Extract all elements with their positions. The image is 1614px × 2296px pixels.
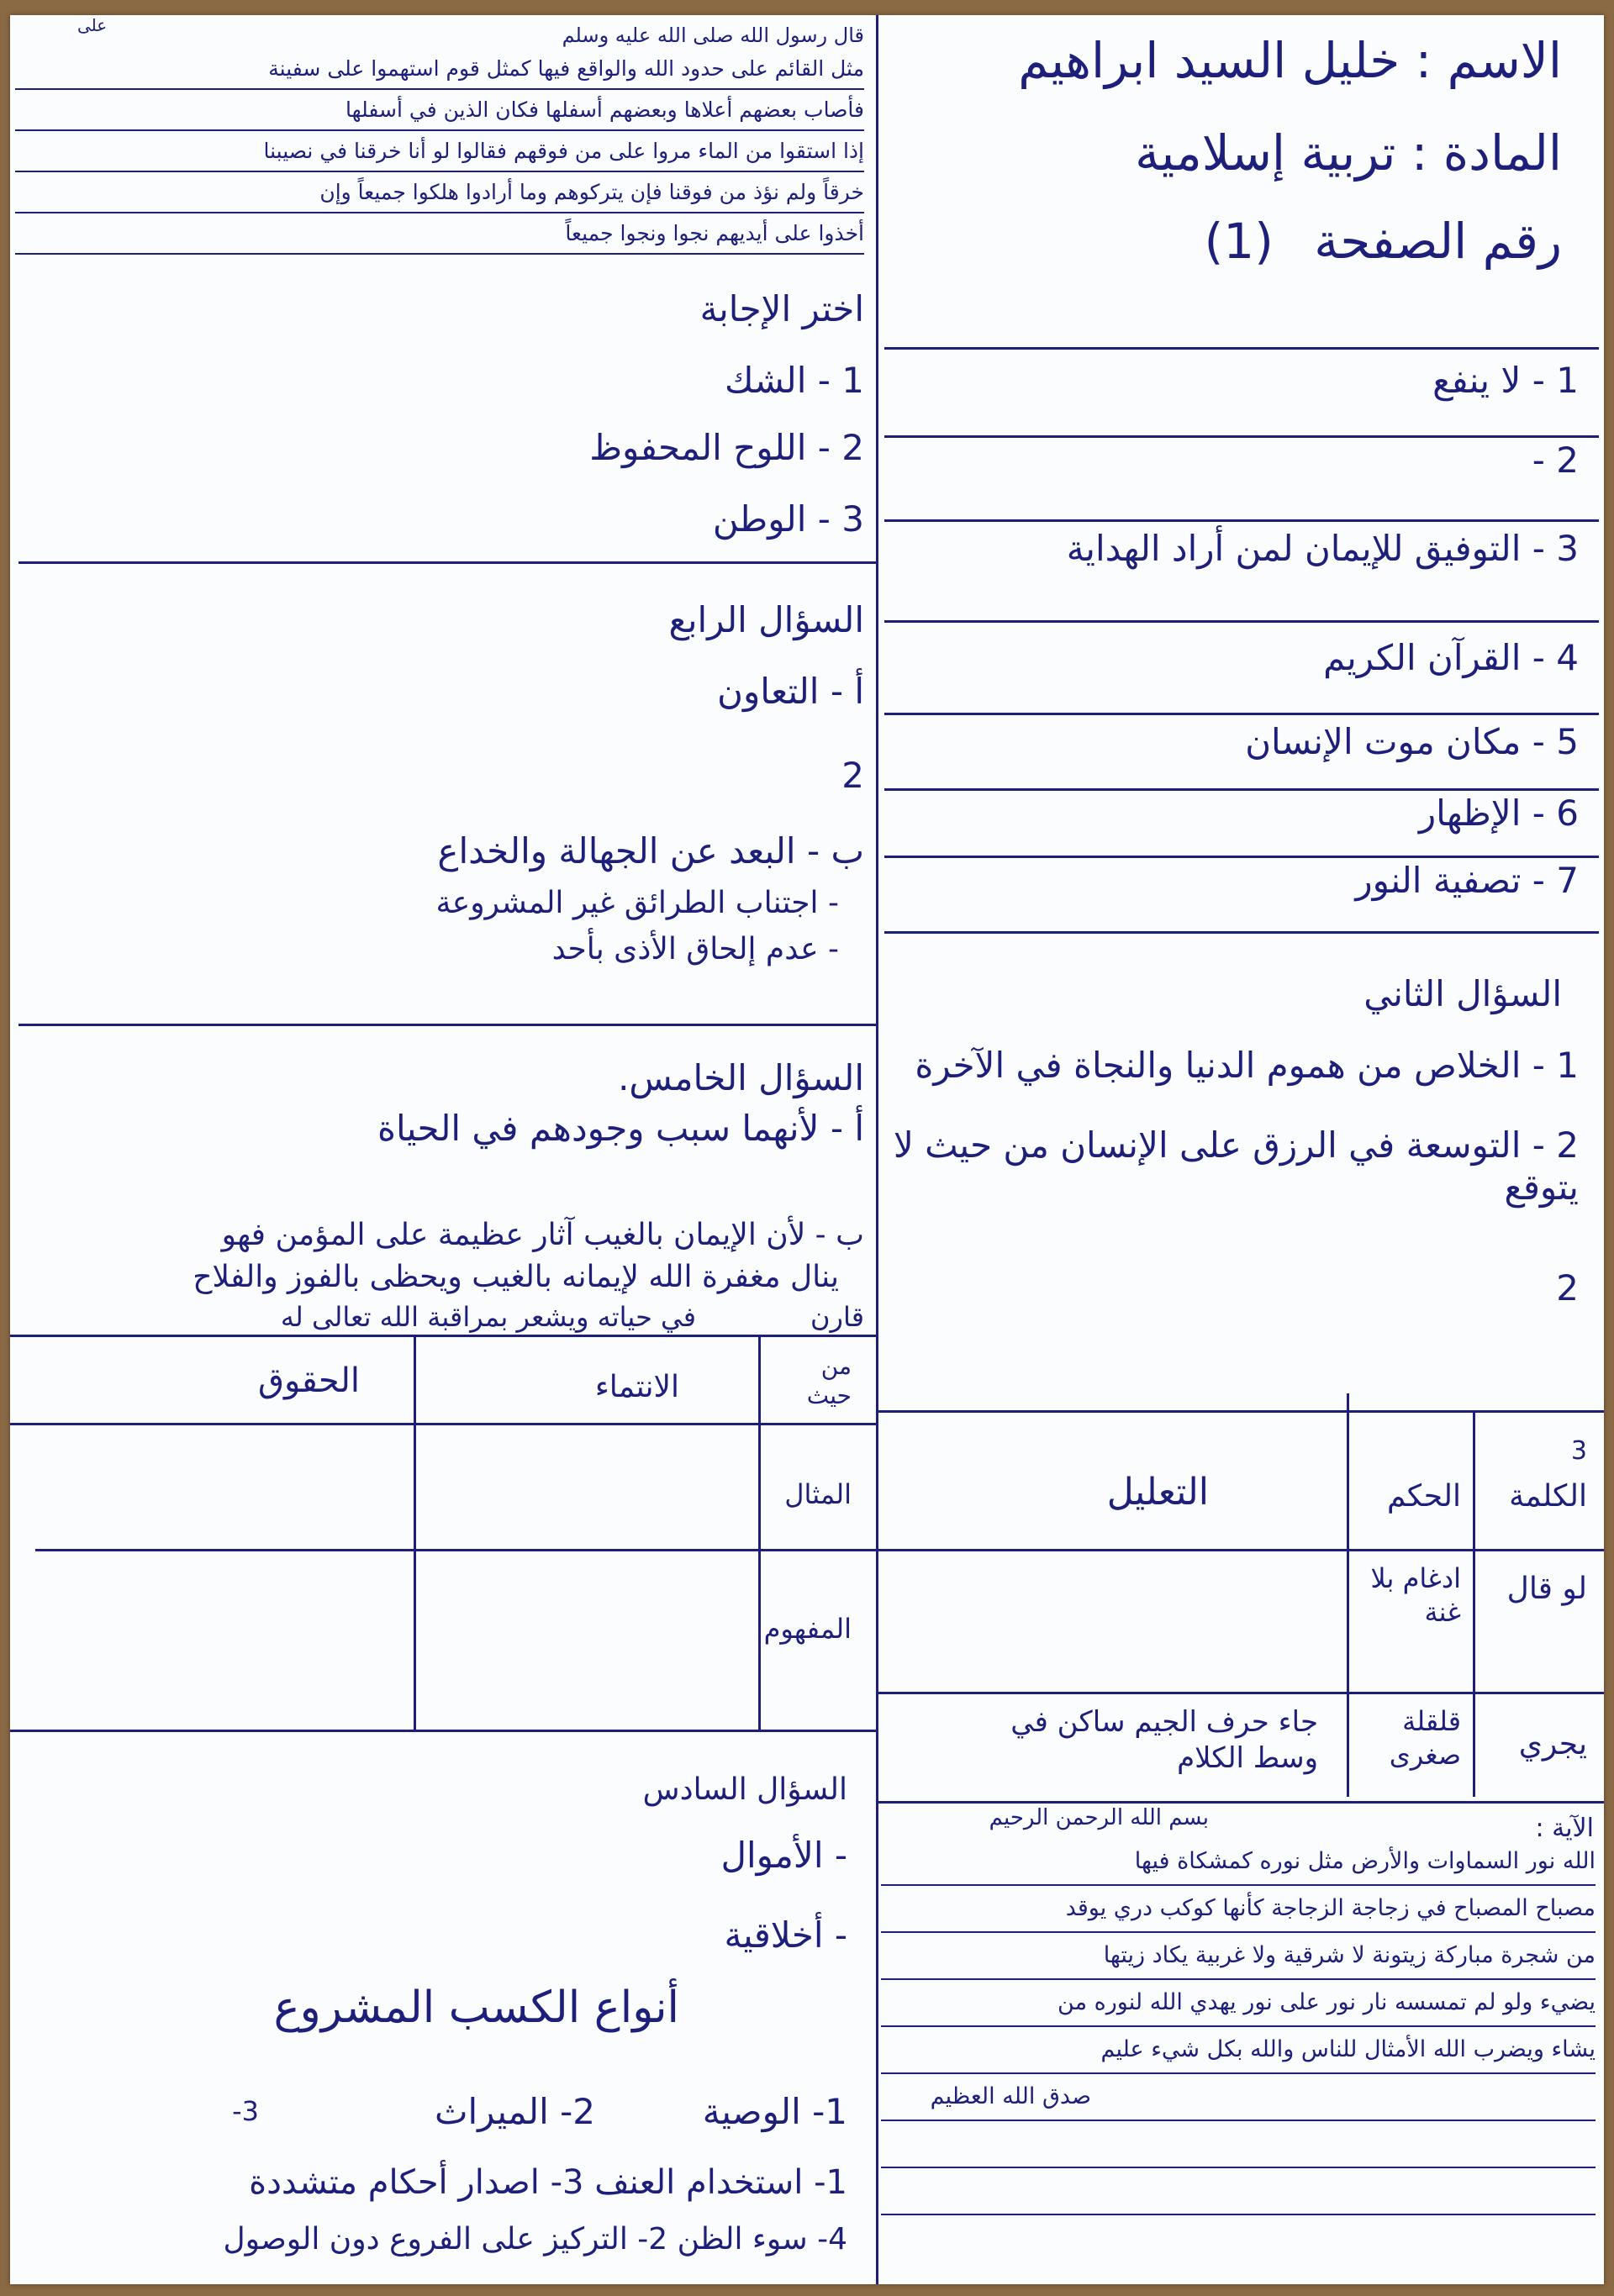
hadith-text: مثل القائم على حدود الله والواقع فيها كم… <box>15 49 864 255</box>
q5-compare-label: قارن <box>810 1301 864 1333</box>
header-belonging: الانتماء <box>595 1368 679 1406</box>
hadith-margin-note: على <box>77 15 107 35</box>
q6-title: السؤال السادس <box>643 1772 847 1808</box>
q1-answer-2: 2 - <box>1532 440 1579 482</box>
q4-part2-label: 2 <box>841 755 864 797</box>
q6-type-2: 2- الميراث <box>435 2091 595 2133</box>
q1-answer-1: 1 - لا ينفع <box>1432 360 1579 402</box>
header-word: الكلمة <box>1509 1477 1587 1515</box>
row1-rule: ادغام بلا غنة <box>1352 1561 1461 1629</box>
q2-answer-2: 2 - التوسعة في الرزق على الإنسان من حيث … <box>856 1124 1579 1209</box>
row2-reason: جاء حرف الجيم ساكن في وسط الكلام <box>965 1704 1318 1776</box>
q3-answer-3: 3 - الوطن <box>713 498 864 540</box>
header-rights: الحقوق <box>258 1360 360 1402</box>
q5-answer-b-2: ينال مغفرة الله لإيمانه بالغيب ويحظى بال… <box>193 1259 839 1295</box>
q4-title: السؤال الرابع <box>668 599 864 641</box>
q3-answer-1: 1 - الشك <box>725 360 864 402</box>
q2-answer-1: 1 - الخلاص من هموم الدنيا والنجاة في الآ… <box>915 1045 1579 1087</box>
page-row: رقم الصفحة (1) <box>1205 213 1562 271</box>
hadith-intro: قال رسول الله صلى الله عليه وسلم <box>562 24 864 48</box>
q6-item-2: - أخلاقية <box>725 1914 847 1956</box>
q3-answer-2: 2 - اللوح المحفوظ <box>589 427 864 469</box>
page-label: رقم الصفحة <box>1314 213 1562 270</box>
q1-answer-5: 5 - مكان موت الإنسان <box>1245 721 1579 763</box>
subject-name: تربية إسلامية <box>1135 124 1395 182</box>
q1-answer-6: 6 - الإظهار <box>1419 793 1579 835</box>
q2-part2-label: 2 <box>1556 1267 1579 1309</box>
name-label: الاسم : <box>1416 32 1562 89</box>
q5-answer-b-1: ب - لأن الإيمان بالغيب آثار عظيمة على ال… <box>222 1217 864 1253</box>
q6-extremism-line-1: 1- استخدام العنف 3- اصدار أحكام متشددة <box>249 2162 847 2203</box>
q4-answer-b-1: ب - البعد عن الجهالة والخداع <box>437 830 864 872</box>
q6-item-1: - الأموال <box>720 1835 847 1877</box>
q4-answer-b-3: - عدم إلحاق الأذى بأحد <box>552 931 839 967</box>
q6-types-title: أنواع الكسب المشروع <box>274 1982 679 2034</box>
student-name: خليل السيد ابراهيم <box>1018 32 1400 89</box>
row-example-label: المثال <box>784 1477 852 1511</box>
q1-answer-4: 4 - القرآن الكريم <box>1323 637 1579 679</box>
header-aspect: من حيث <box>784 1351 852 1410</box>
basmala: بسم الله الرحمن الرحيم <box>989 1805 1209 1831</box>
q5-answer-a: أ - لأنهما سبب وجودهم في الحياة <box>377 1108 864 1150</box>
name-row: الاسم : خليل السيد ابراهيم <box>1018 32 1562 91</box>
header-rule: الحكم <box>1387 1477 1461 1515</box>
q1-answer-3: 3 - التوفيق للإيمان لمن أراد الهداية <box>1067 528 1579 570</box>
q5-title: السؤال الخامس. <box>618 1057 864 1099</box>
row-concept-label: المفهوم <box>764 1612 852 1646</box>
subject-label: المادة : <box>1411 124 1562 182</box>
q6-type-1: 1- الوصية <box>703 2091 847 2133</box>
answer-sheet: الاسم : خليل السيد ابراهيم المادة : تربي… <box>10 15 1604 2284</box>
verse-text: الله نور السماوات والأرض مثل نوره كمشكاة… <box>881 1839 1596 2215</box>
row1-word: لو قال <box>1507 1570 1587 1608</box>
header-reason: التعليل <box>1107 1469 1209 1515</box>
row2-word: يجري <box>1519 1725 1587 1763</box>
q4-answer-b-2: - اجتناب الطرائق غير المشروعة <box>436 885 840 921</box>
subject-row: المادة : تربية إسلامية <box>1135 124 1562 183</box>
q4-answer-a: أ - التعاون <box>717 671 864 713</box>
q3-title: اختر الإجابة <box>700 288 864 330</box>
row2-rule: قلقلة صغرى <box>1352 1704 1461 1772</box>
q5-answer-b-3: في حياته ويشعر بمراقبة الله تعالى له <box>281 1301 696 1333</box>
q6-extremism-line-2: 4- سوء الظن 2- التركيز على الفروع دون ال… <box>223 2221 847 2257</box>
page-number: (1) <box>1205 213 1274 270</box>
q2-title: السؤال الثاني <box>1363 973 1562 1015</box>
q1-answer-7: 7 - تصفية النور <box>1355 860 1579 902</box>
table-number: 3 <box>1571 1435 1587 1467</box>
q6-type-3: 3- <box>232 2095 259 2127</box>
